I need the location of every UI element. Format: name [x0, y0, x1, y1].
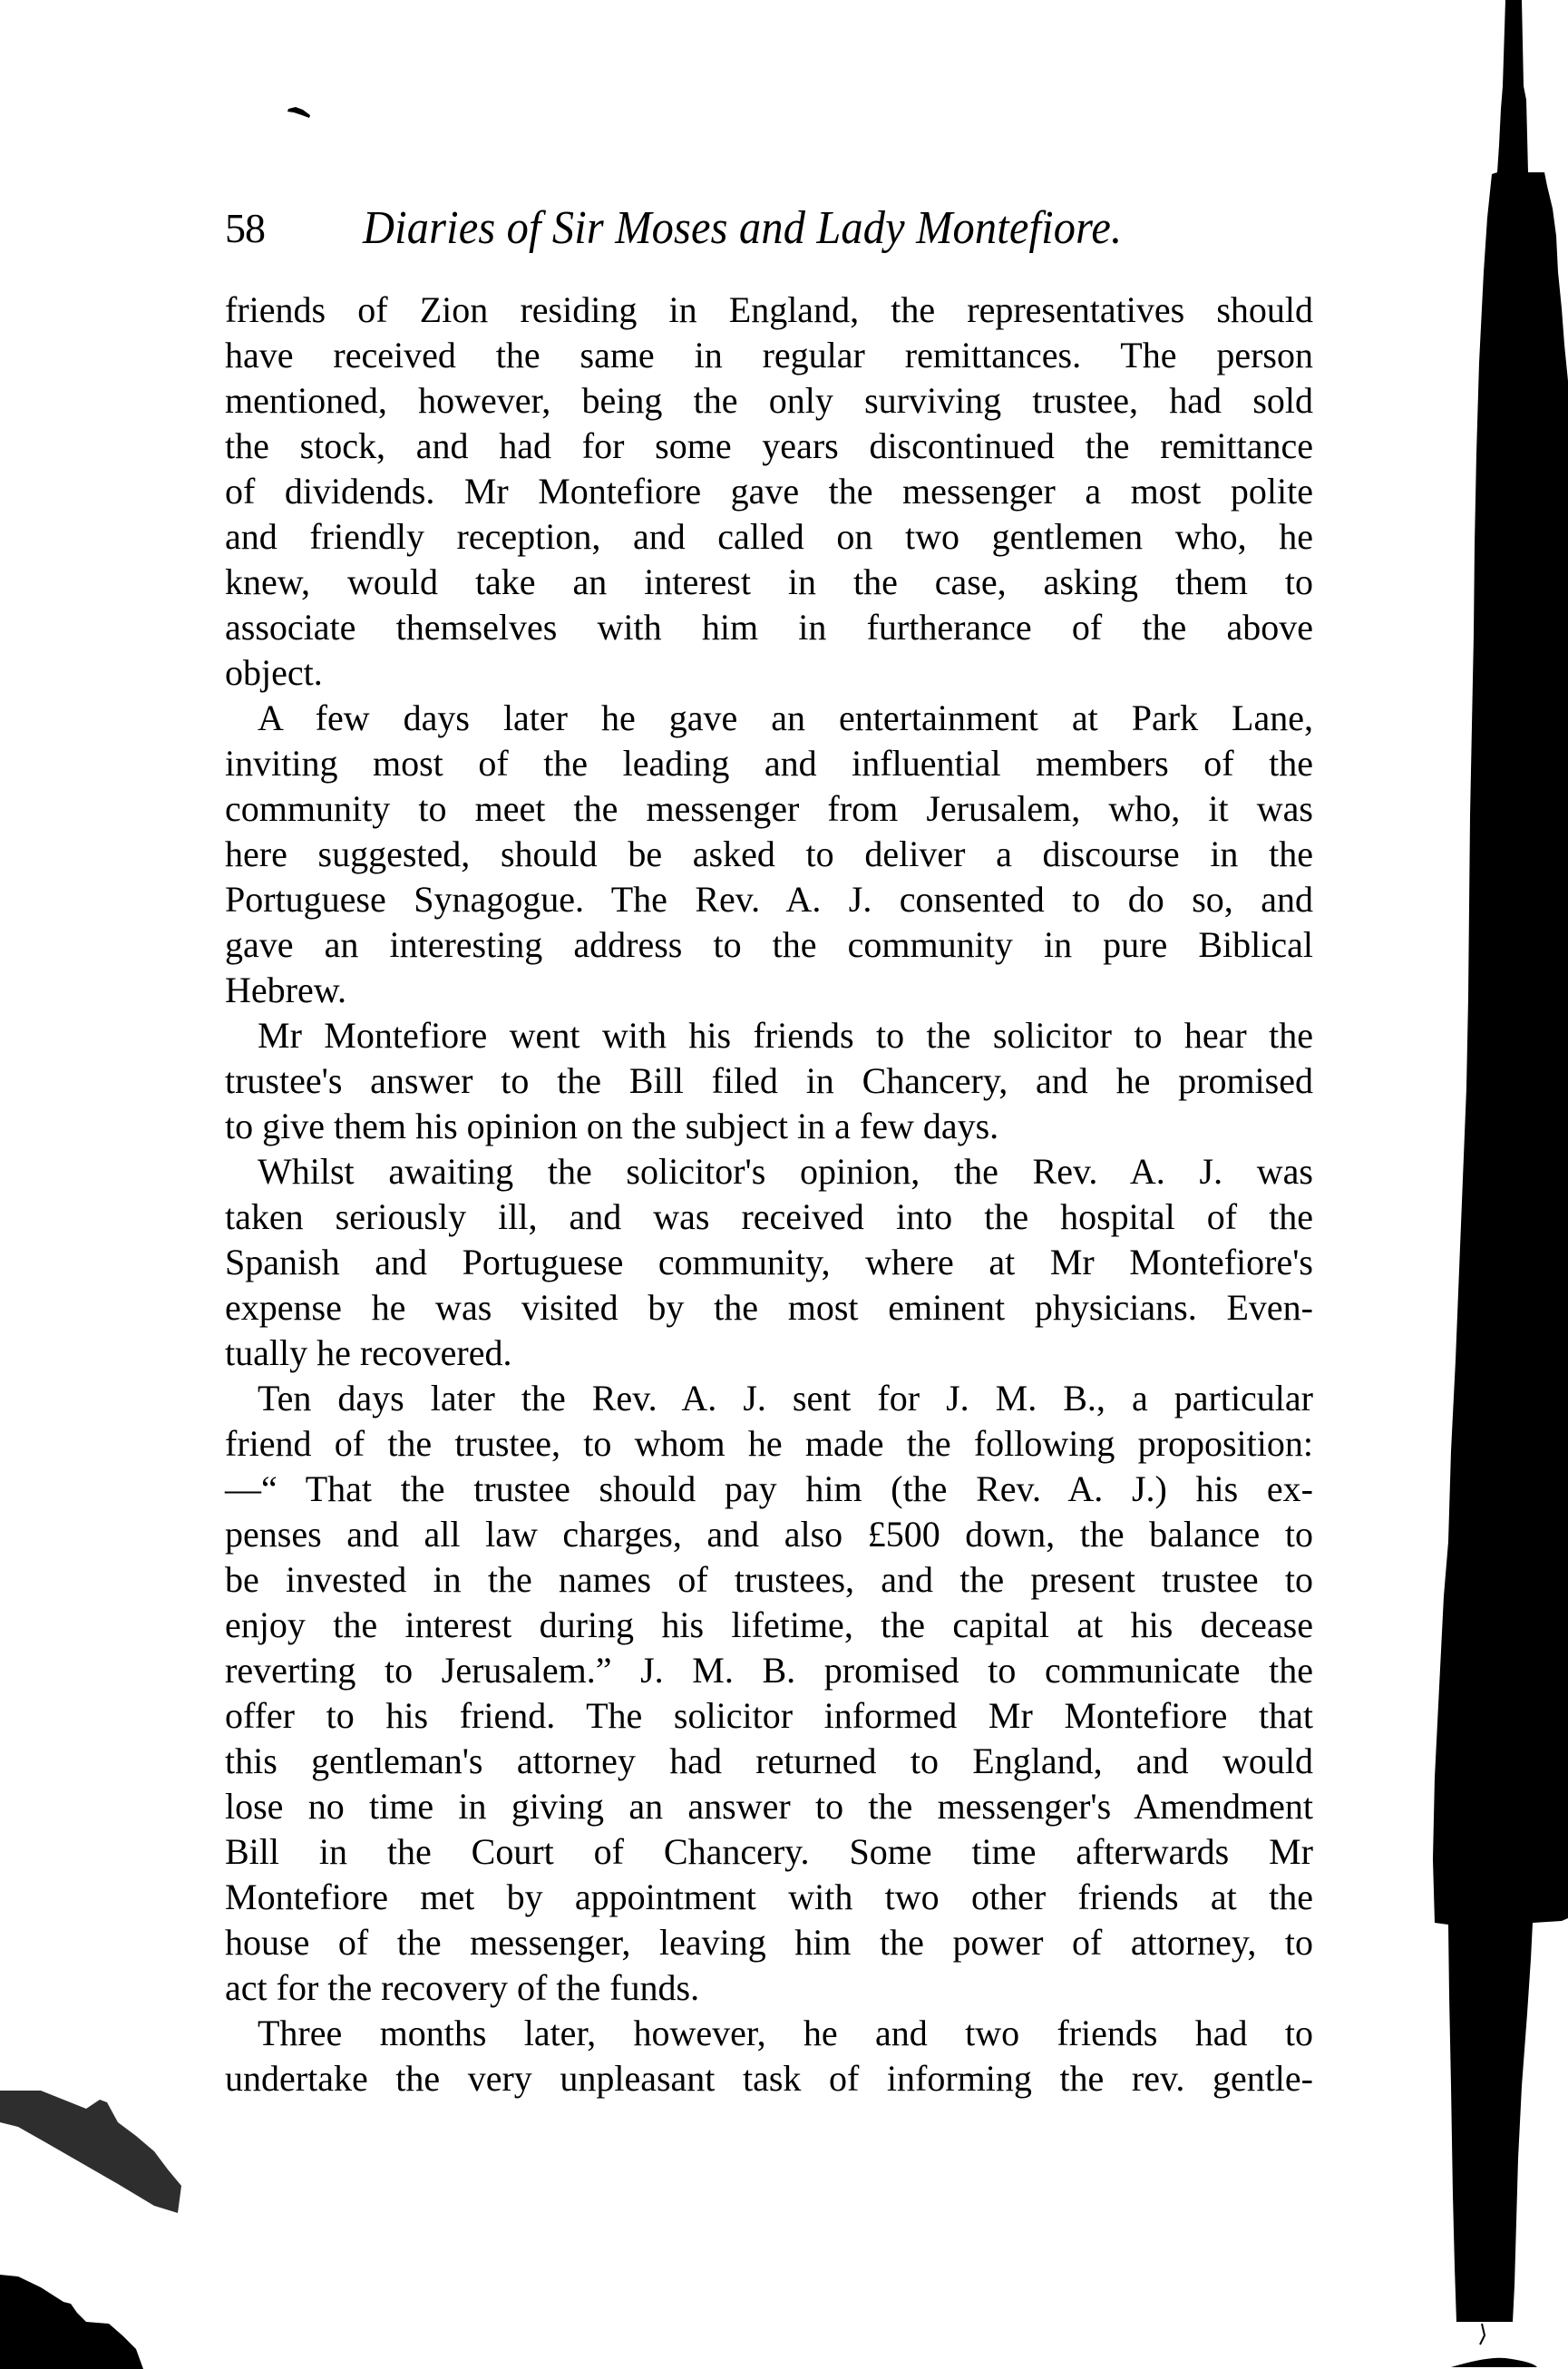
text-line: have received the same in regular remitt…	[225, 333, 1313, 378]
text-line: friend of the trustee, to whom he made t…	[225, 1421, 1313, 1467]
text-line: act for the recovery of the funds.	[225, 1965, 1313, 2011]
text-line: of dividends. Mr Montefiore gave the mes…	[225, 469, 1313, 514]
bleed-blob-lower	[0, 2275, 143, 2369]
stray-mark	[287, 107, 310, 118]
text-line: Spanish and Portuguese community, where …	[225, 1240, 1313, 1285]
text-line: Ten days later the Rev. A. J. sent for J…	[225, 1376, 1313, 1421]
text-line: Montefiore met by appointment with two o…	[225, 1875, 1313, 1920]
text-line: gave an interesting address to the commu…	[225, 922, 1313, 968]
text-line: house of the messenger, leaving him the …	[225, 1920, 1313, 1965]
text-line: be invested in the names of trustees, an…	[225, 1557, 1313, 1603]
text-line: community to meet the messenger from Jer…	[225, 786, 1313, 832]
text-line: Hebrew.	[225, 968, 1313, 1013]
text-line: Whilst awaiting the solicitor's opinion,…	[225, 1149, 1313, 1194]
running-head: 58 Diaries of Sir Moses and Lady Montefi…	[225, 201, 1313, 256]
text-line: knew, would take an interest in the case…	[225, 560, 1313, 605]
text-line: friends of Zion residing in England, the…	[225, 288, 1313, 333]
text-line: Portuguese Synagogue. The Rev. A. J. con…	[225, 877, 1313, 922]
text-line: and friendly reception, and called on tw…	[225, 514, 1313, 560]
text-line: A few days later he gave an entertainmen…	[225, 696, 1313, 741]
text-line: trustee's answer to the Bill filed in Ch…	[225, 1058, 1313, 1104]
text-line: tually he recovered.	[225, 1331, 1313, 1376]
body-text: friends of Zion residing in England, the…	[225, 288, 1313, 2101]
page-number: 58	[225, 201, 265, 256]
running-title: Diaries of Sir Moses and Lady Montefiore…	[363, 201, 1122, 256]
text-line: here suggested, should be asked to deliv…	[225, 832, 1313, 877]
page-edge-tail	[1480, 2324, 1485, 2345]
text-line: inviting most of the leading and influen…	[225, 741, 1313, 786]
text-line: offer to his friend. The solicitor infor…	[225, 1693, 1313, 1739]
text-line: —“ That the trustee should pay him (the …	[225, 1467, 1313, 1512]
page-edge-shadow	[1433, 0, 1568, 2322]
text-line: Three months later, however, he and two …	[225, 2011, 1313, 2056]
text-line: expense he was visited by the most emine…	[225, 1285, 1313, 1331]
page-edge-arc	[1451, 2358, 1537, 2367]
text-line: mentioned, however, being the only survi…	[225, 378, 1313, 424]
text-line: undertake the very unpleasant task of in…	[225, 2056, 1313, 2101]
text-line: lose no time in giving an answer to the …	[225, 1784, 1313, 1829]
text-line: reverting to Jerusalem.” J. M. B. promis…	[225, 1648, 1313, 1693]
text-line: to give them his opinion on the subject …	[225, 1104, 1313, 1149]
text-line: object.	[225, 650, 1313, 696]
text-line: taken seriously ill, and was received in…	[225, 1194, 1313, 1240]
text-line: Bill in the Court of Chancery. Some time…	[225, 1829, 1313, 1875]
text-line: the stock, and had for some years discon…	[225, 424, 1313, 469]
text-line: penses and all law charges, and also £50…	[225, 1512, 1313, 1557]
text-line: enjoy the interest during his lifetime, …	[225, 1603, 1313, 1648]
text-line: Mr Montefiore went with his friends to t…	[225, 1013, 1313, 1058]
bleed-blob-upper	[0, 2091, 181, 2213]
text-line: this gentleman's attorney had returned t…	[225, 1739, 1313, 1784]
text-line: associate themselves with him in further…	[225, 605, 1313, 650]
